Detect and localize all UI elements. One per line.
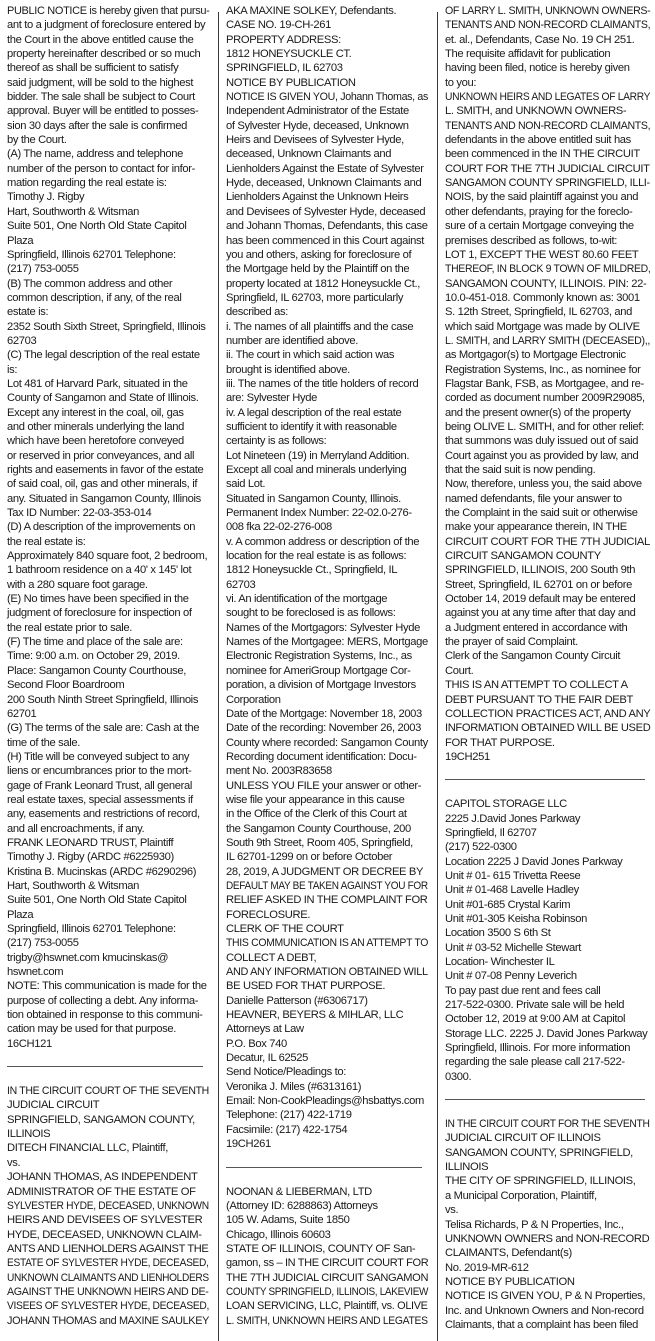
notice-text-line: Unit #01-685 Crystal Karim: [445, 898, 650, 912]
notice-text-line: been commenced in the IN THE CIRCUIT: [445, 147, 650, 161]
notice-text-line: brought is identified above.: [226, 363, 428, 377]
notice-text-line: VISEES OF SYLVESTER HYDE, DECEASED,: [7, 1299, 192, 1313]
notice-text-line: Except all coal and minerals underlying: [226, 463, 428, 477]
notice-text-line: Heirs and Devisees of Sylvester Hyde,: [226, 133, 428, 147]
notice-text-line: To pay past due rent and fees call: [445, 984, 650, 998]
notice-text-line: Claimants, that a complaint has been fil…: [445, 1318, 650, 1332]
notice-text-line: hswnet.com: [7, 965, 209, 979]
column-3: OF LARRY L. SMITH, UNKNOWN OWNERS-TENANT…: [445, 4, 650, 1341]
notice-text-line: by the Court.: [7, 133, 209, 147]
notice-text-line: approval. Buyer will be entitled to poss…: [7, 104, 209, 118]
notice-text-line: October 12, 2019 at 9:00 AM at Capitol: [445, 1012, 650, 1026]
notice-text-line: THEREOF, IN BLOCK 9 TOWN OF MILDRED,: [445, 262, 637, 276]
notice-text-line: or reserved in prior conveyances, and al…: [7, 449, 209, 463]
notice-text-line: SANGAMON COUNTY SPRINGFIELD, ILLI-: [445, 176, 645, 190]
notice-text-line: Registration Systems, Inc., as nominee f…: [445, 363, 650, 377]
notice-text-line: are: Sylvester Hyde: [226, 391, 428, 405]
notice-text-line: AKA MAXINE SOLKEY, Defendants.: [226, 4, 428, 18]
notice-text-line: is:: [7, 363, 209, 377]
notice-text-line: L. SMITH, UNKNOWN HEIRS AND LEGATES: [226, 1314, 413, 1328]
notice-text-line: Independent Administrator of the Estate: [226, 104, 428, 118]
notice-text-line: October 14, 2019 default may be entered: [445, 592, 650, 606]
notice-text-line: having been filed, notice is hereby give…: [445, 61, 650, 75]
notice-text-line: TENANTS AND NON-RECORD CLAIMANTS,: [445, 18, 639, 32]
notice-text-line: AND ANY INFORMATION OBTAINED WILL: [226, 965, 423, 979]
notice-text-line: JUDICIAL CIRCUIT OF ILLINOIS: [445, 1131, 650, 1145]
notice-text-line: nominee for AmeriGroup Mortgage Cor-: [226, 664, 428, 678]
notice-text-line: Inc. and Unknown Owners and Non-record: [445, 1304, 650, 1318]
notice-text-line: UNKNOWN OWNERS and NON-RECORD: [445, 1232, 650, 1246]
notice-text-line: County where recorded: Sangamon County: [226, 736, 428, 750]
notice-text-line: property hereinafter described or so muc…: [7, 47, 209, 61]
notice-text-line: Suite 501, One North Old State Capitol: [7, 219, 209, 233]
notice-text-line: against you at any time after that day a…: [445, 606, 650, 620]
notice-text-line: Unit # 01-468 Lavelle Hadley: [445, 883, 650, 897]
notice-text-line: the real estate prior to sale.: [7, 621, 209, 635]
notice-text-line: as Mortgagor(s) to Mortgage Electronic: [445, 348, 650, 362]
notice-text-line: Date of the Mortgage: November 18, 2003: [226, 707, 428, 721]
notice-text-line: Permanent Index Number: 22-02.0-276-: [226, 506, 428, 520]
notice-text-line: NOTICE BY PUBLICATION: [226, 76, 428, 90]
notice-text-line: 2352 South Sixth Street, Springfield, Il…: [7, 320, 209, 334]
notice-text-line: any, easements and restrictions of recor…: [7, 807, 209, 821]
notice-text-line: Date of the recording: November 26, 2003: [226, 721, 428, 735]
notice-text-line: LOT 1, EXCEPT THE WEST 80.60 FEET: [445, 248, 650, 262]
notice-text-line: Springfield, IL 62703, more particularly: [226, 291, 428, 305]
legal-notice: OF LARRY L. SMITH, UNKNOWN OWNERS-TENANT…: [445, 4, 650, 764]
notice-text-line: a Municipal Corporation, Plaintiff,: [445, 1189, 650, 1203]
notice-text-line: CAPITOL STORAGE LLC: [445, 797, 650, 811]
notice-text-line: Storage LLC. 2225 J. David Jones Parkway: [445, 1027, 650, 1041]
notice-text-line: S. 12th Street, Springfield, IL 62703, a…: [445, 305, 650, 319]
notice-separator-rule: [445, 1099, 645, 1100]
notice-text-line: make your appearance therein, IN THE: [445, 520, 650, 534]
notice-text-line: HYDE, DECEASED, UNKNOWN CLAIM-: [7, 1228, 209, 1242]
notice-text-line: and all encroachments, if any.: [7, 822, 209, 836]
notice-text-line: NOTE: This communication is made for the: [7, 979, 209, 993]
notice-text-line: Except any interest in the coal, oil, ga…: [7, 406, 209, 420]
notice-text-line: of Sylvester Hyde, deceased, Unknown: [226, 119, 428, 133]
notice-text-line: Suite 501, One North Old State Capitol: [7, 893, 209, 907]
notice-text-line: FORECLOSURE.: [226, 908, 428, 922]
notice-text-line: NOTICE BY PUBLICATION: [445, 1275, 650, 1289]
notice-text-line: corded as document number 2009R29085,: [445, 391, 650, 405]
notice-text-line: Timothy J. Rigby (ARDC #6225930): [7, 850, 209, 864]
notice-text-line: HEIRS AND DEVISEES OF SYLVESTER: [7, 1213, 209, 1227]
notice-text-line: mation regarding the real estate is:: [7, 176, 209, 190]
notice-text-line: Location 2225 J David Jones Parkway: [445, 855, 650, 869]
notice-text-line: Hart, Southworth & Witsman: [7, 879, 209, 893]
notice-text-line: Unit #01-305 Keisha Robinson: [445, 912, 650, 926]
notice-text-line: 10.0-451-018. Commonly known as: 3001: [445, 291, 650, 305]
notice-text-line: NOTICE IS GIVEN YOU, P & N Properties,: [445, 1289, 650, 1303]
notice-text-line: v. A common address or description of th…: [226, 535, 428, 549]
notice-text-line: SANGAMON COUNTY, SPRINGFIELD,: [445, 1146, 650, 1160]
notice-text-line: UNLESS YOU FILE your answer or other-: [226, 779, 428, 793]
notice-text-line: DEFAULT MAY BE TAKEN AGAINST YOU FOR: [226, 879, 407, 893]
notice-text-line: ant to a judgment of foreclosure entered…: [7, 18, 209, 32]
notice-text-line: number of the person to contact for info…: [7, 162, 209, 176]
notice-text-line: a Judgment entered in accordance with: [445, 621, 650, 635]
column-2: AKA MAXINE SOLKEY, Defendants.CASE NO. 1…: [226, 4, 428, 1341]
notice-text-line: UNKNOWN HEIRS AND LEGATES OF LARRY: [445, 90, 633, 104]
notice-text-line: COLLECTION PRACTICES ACT, AND ANY: [445, 707, 650, 721]
notice-text-line: (C) The legal description of the real es…: [7, 348, 209, 362]
column-divider: [218, 12, 219, 1341]
notice-text-line: PUBLIC NOTICE is hereby given that pursu…: [7, 4, 205, 18]
notice-text-line: Tax ID Number: 22-03-353-014: [7, 506, 209, 520]
column-1: PUBLIC NOTICE is hereby given that pursu…: [7, 4, 209, 1341]
notice-text-line: IN THE CIRCUIT COURT FOR THE SEVENTH: [445, 1117, 633, 1131]
notice-text-line: (D) A description of the improvements on: [7, 520, 209, 534]
notice-text-line: Springfield, Illinois. For more informat…: [445, 1041, 650, 1055]
notice-text-line: which have been heretofore conveyed: [7, 434, 209, 448]
notice-text-line: SYLVESTER HYDE, DECEASED, UNKNOWN: [7, 1199, 192, 1213]
notice-text-line: named defendants, file your answer to: [445, 492, 650, 506]
notice-text-line: iv. A legal description of the real esta…: [226, 406, 428, 420]
notice-text-line: (B) The common address and other: [7, 277, 209, 291]
notice-text-line: vs.: [7, 1156, 209, 1170]
notice-text-line: 62703: [7, 334, 209, 348]
notice-text-line: THIS COMMUNICATION IS AN ATTEMPT TO: [226, 936, 415, 950]
notice-text-line: real estate taxes, special assessments i…: [7, 793, 209, 807]
notice-text-line: Clerk of the Sangamon County Circuit: [445, 649, 650, 663]
notice-text-line: 19CH251: [445, 750, 650, 764]
notice-text-line: Location 3500 S 6th St: [445, 926, 650, 940]
notice-text-line: Danielle Patterson (#6306717): [226, 994, 428, 1008]
legal-notice: PUBLIC NOTICE is hereby given that pursu…: [7, 4, 209, 1051]
notice-text-line: and Johann Thomas, Defendants, this case: [226, 219, 428, 233]
notice-text-line: FRANK LEONARD TRUST, Plaintiff: [7, 836, 209, 850]
notice-text-line: South 9th Street, Room 405, Springfield,: [226, 836, 428, 850]
notice-text-line: trigby@hswnet.com kmucinskas@: [7, 951, 209, 965]
notice-text-line: and the present owner(s) of the property: [445, 406, 650, 420]
notice-text-line: Plaza: [7, 908, 209, 922]
notice-text-line: JUDICIAL CIRCUIT: [7, 1098, 209, 1112]
notice-text-line: of said coal, oil, gas and other mineral…: [7, 477, 209, 491]
notice-text-line: L. SMITH, and LARRY SMITH (DECEASED),,: [445, 334, 640, 348]
notice-text-line: purpose of collecting a debt. Any inform…: [7, 994, 209, 1008]
notice-text-line: Unit # 01- 615 Trivetta Reese: [445, 869, 650, 883]
legal-notice: IN THE CIRCUIT COURT OF THE SEVENTHJUDIC…: [7, 1084, 209, 1328]
notice-text-line: sure of a certain Mortgage conveying the: [445, 219, 650, 233]
notice-text-line: Timothy J. Rigby: [7, 190, 209, 204]
notice-text-line: the prayer of said Complaint.: [445, 635, 650, 649]
notice-text-line: Approximately 840 square foot, 2 bedroom…: [7, 549, 209, 563]
notice-text-line: CASE NO. 19-CH-261: [226, 18, 428, 32]
notice-text-line: Kristina B. Mucinskas (ARDC #6290296): [7, 865, 209, 879]
notice-text-line: Place: Sangamon County Courthouse,: [7, 664, 209, 678]
notice-text-line: 200 South Ninth Street Springfield, Illi…: [7, 693, 209, 707]
notice-text-line: Situated in Sangamon County, Illinois.: [226, 492, 428, 506]
notice-text-line: 1812 Honeysuckle Ct., Springfield, IL: [226, 563, 428, 577]
notice-text-line: ADMINISTRATOR OF THE ESTATE OF: [7, 1185, 209, 1199]
notice-text-line: STATE OF ILLINOIS, COUNTY OF San-: [226, 1242, 428, 1256]
notice-text-line: with a 280 square foot garage.: [7, 578, 209, 592]
notice-text-line: liens or encumbrances prior to the mort-: [7, 764, 209, 778]
notice-text-line: NOTICE IS GIVEN YOU, Johann Thomas, as: [226, 90, 419, 104]
legal-notices-page: PUBLIC NOTICE is hereby given that pursu…: [0, 0, 655, 1341]
notice-text-line: Names of the Mortgagors: Sylvester Hyde: [226, 621, 428, 635]
notice-text-line: 16CH121: [7, 1037, 209, 1051]
notice-text-line: judgment of foreclosure for inspection o…: [7, 606, 209, 620]
notice-text-line: you and others, asking for foreclosure o…: [226, 248, 428, 262]
notice-text-line: gamon, ss – IN THE CIRCUIT COURT FOR: [226, 1256, 425, 1270]
notice-text-line: (Attorney ID: 6288863) Attorneys: [226, 1199, 428, 1213]
notice-text-line: any. Situated in Sangamon County, Illino…: [7, 492, 209, 506]
notice-text-line: Lienholders Against the Estate of Sylves…: [226, 162, 428, 176]
notice-text-line: which said Mortgage was made by OLIVE: [445, 320, 650, 334]
notice-text-line: vs.: [445, 1203, 650, 1217]
notice-text-line: SPRINGFIELD, ILLINOIS, 200 South 9th: [445, 563, 650, 577]
notice-text-line: being OLIVE L. SMITH, and for other reli…: [445, 420, 650, 434]
notice-text-line: estate is:: [7, 305, 209, 319]
notice-text-line: the Complaint in the said suit or otherw…: [445, 506, 650, 520]
notice-text-line: COURT FOR THE 7TH JUDICIAL CIRCUIT: [445, 162, 650, 176]
notice-text-line: said judgment, will be sold to the highe…: [7, 76, 209, 90]
notice-text-line: NOONAN & LIEBERMAN, LTD: [226, 1185, 428, 1199]
notice-text-line: Attorneys at Law: [226, 1022, 428, 1036]
notice-text-line: AGAINST THE UNKNOWN HEIRS AND DE-: [7, 1285, 200, 1299]
legal-notice: CAPITOL STORAGE LLC2225 J.David Jones Pa…: [445, 797, 650, 1084]
notice-text-line: JOHANN THOMAS and MAXINE SAULKEY: [7, 1314, 203, 1328]
notice-text-line: Unit # 03-52 Michelle Stewart: [445, 941, 650, 955]
notice-text-line: BE USED FOR THAT PURPOSE.: [226, 979, 428, 993]
notice-text-line: Now, therefore, unless you, the said abo…: [445, 477, 650, 491]
notice-text-line: et. al., Defendants, Case No. 19 CH 251.: [445, 33, 650, 47]
notice-text-line: sought to be foreclosed is as follows:: [226, 606, 428, 620]
notice-text-line: ILLINOIS: [7, 1127, 209, 1141]
notice-text-line: wise file your appearance in this cause: [226, 793, 428, 807]
notice-text-line: other defendants, praying for the forecl…: [445, 205, 650, 219]
notice-text-line: COUNTY SPRINGFIELD, ILLINOIS, LAKEVIEW: [226, 1285, 406, 1299]
notice-text-line: NOIS, by the said plaintiff against you …: [445, 190, 650, 204]
notice-text-line: PROPERTY ADDRESS:: [226, 33, 428, 47]
column-divider: [437, 12, 438, 1341]
notice-text-line: the Mortgage held by the Plaintiff on th…: [226, 262, 428, 276]
notice-text-line: common description, if any, of the real: [7, 291, 209, 305]
notice-text-line: 62701: [7, 707, 209, 721]
notice-text-line: Lot 481 of Harvard Park, situated in the: [7, 377, 209, 391]
notice-text-line: Unit # 07-08 Penny Leverich: [445, 969, 650, 983]
legal-notice: IN THE CIRCUIT COURT FOR THE SEVENTHJUDI…: [445, 1117, 650, 1332]
notice-text-line: (F) The time and place of the sale are:: [7, 635, 209, 649]
notice-text-line: SPRINGFIELD, SANGAMON COUNTY,: [7, 1113, 209, 1127]
notice-separator-rule: [7, 1066, 203, 1067]
notice-text-line: ILLINOIS: [445, 1160, 650, 1174]
notice-text-line: L. SMITH, and UNKNOWN OWNERS-: [445, 104, 650, 118]
notice-text-line: IL 62701-1299 on or before October: [226, 850, 428, 864]
notice-text-line: INFORMATION OBTAINED WILL BE USED: [445, 721, 649, 735]
notice-text-line: 1812 HONEYSUCKLE CT.: [226, 47, 428, 61]
notice-text-line: Court against you as provided by law, an…: [445, 449, 650, 463]
notice-text-line: (217) 522-0300: [445, 840, 650, 854]
notice-text-line: The requisite affidavit for publication: [445, 47, 650, 61]
notice-text-line: CIRCUIT COURT FOR THE 7TH JUDICIAL: [445, 535, 650, 549]
notice-text-line: iii. The names of the title holders of r…: [226, 377, 428, 391]
notice-text-line: Names of the Mortgagee: MERS, Mortgage: [226, 635, 428, 649]
notice-text-line: Plaza: [7, 234, 209, 248]
notice-text-line: bidder. The sale shall be subject to Cou…: [7, 90, 209, 104]
notice-text-line: time of the sale.: [7, 736, 209, 750]
notice-text-line: OF LARRY L. SMITH, UNKNOWN OWNERS-: [445, 4, 640, 18]
notice-text-line: Telisa Richards, P & N Properties, Inc.,: [445, 1218, 650, 1232]
notice-text-line: that summons was duly issued out of said: [445, 434, 650, 448]
notice-text-line: ANTS AND LIENHOLDERS AGAINST THE: [7, 1242, 207, 1256]
notice-text-line: Time: 9:00 a.m. on October 29, 2019.: [7, 649, 209, 663]
notice-text-line: tion obtained in response to this commun…: [7, 1008, 209, 1022]
notice-text-line: 217-522-0300. Private sale will be held: [445, 998, 650, 1012]
notice-text-line: (H) Title will be conveyed subject to an…: [7, 750, 209, 764]
notice-text-line: said Lot.: [226, 477, 428, 491]
notice-text-line: Electronic Registration Systems, Inc., a…: [226, 649, 428, 663]
notice-text-line: Facsimile: (217) 422-1754: [226, 1123, 428, 1137]
notice-text-line: Hyde, deceased, Unknown Claimants and: [226, 176, 428, 190]
notice-text-line: FOR THAT PURPOSE.: [445, 736, 650, 750]
notice-text-line: deceased, Unknown Claimants and: [226, 147, 428, 161]
notice-text-line: IN THE CIRCUIT COURT OF THE SEVENTH: [7, 1084, 197, 1098]
notice-text-line: in the Office of the Clerk of this Court…: [226, 807, 428, 821]
notice-text-line: Lot Nineteen (19) in Merryland Addition.: [226, 449, 428, 463]
legal-notice: AKA MAXINE SOLKEY, Defendants.CASE NO. 1…: [226, 4, 428, 1152]
notice-text-line: and Devisees of Sylvester Hyde, deceased: [226, 205, 428, 219]
notice-text-line: Veronika J. Miles (#6313161): [226, 1080, 428, 1094]
notice-text-line: certainty is as follows:: [226, 434, 428, 448]
notice-text-line: to you:: [445, 76, 650, 90]
notice-text-line: HEAVNER, BEYERS & MIHLAR, LLC: [226, 1008, 428, 1022]
notice-text-line: the real estate is:: [7, 535, 209, 549]
notice-text-line: poration, a division of Mortgage Investo…: [226, 678, 428, 692]
notice-text-line: ESTATE OF SYLVESTER HYDE, DECEASED,: [7, 1256, 191, 1270]
notice-text-line: thereof as shall be sufficient to satisf…: [7, 61, 209, 75]
notice-text-line: the Court in the above entitled cause th…: [7, 33, 209, 47]
notice-text-line: CLERK OF THE COURT: [226, 922, 428, 936]
notice-text-line: Recording document identification: Docu-: [226, 750, 428, 764]
notice-text-line: that the said suit is now pending.: [445, 463, 650, 477]
notice-text-line: gage of Frank Leonard Trust, all general: [7, 779, 209, 793]
notice-text-line: number are identified above.: [226, 334, 428, 348]
notice-text-line: Springfield, Il 62707: [445, 826, 650, 840]
notice-text-line: (217) 753-0055: [7, 936, 209, 950]
notice-text-line: County of Sangamon and State of Illinois…: [7, 391, 209, 405]
notice-text-line: cation may be used for that purpose.: [7, 1022, 209, 1036]
notice-text-line: and other minerals underlying the land: [7, 420, 209, 434]
notice-text-line: Street, Springfield, IL 62701 on or befo…: [445, 578, 650, 592]
notice-text-line: Springfield, Illinois 62701 Telephone:: [7, 922, 209, 936]
notice-text-line: 62703: [226, 578, 428, 592]
notice-text-line: Email: Non-CookPleadings@hsbattys.com: [226, 1094, 428, 1108]
notice-text-line: Second Floor Boardroom: [7, 678, 209, 692]
notice-text-line: TENANTS AND NON-RECORD CLAIMANTS,: [445, 119, 639, 133]
notice-text-line: property located at 1812 Honeysuckle Ct.…: [226, 277, 428, 291]
notice-text-line: Send Notice/Pleadings to:: [226, 1065, 428, 1079]
notice-text-line: 28, 2019, A JUDGMENT OR DECREE BY: [226, 865, 428, 879]
notice-text-line: Court.: [445, 664, 650, 678]
notice-text-line: CLAIMANTS, Defendant(s): [445, 1246, 650, 1260]
notice-text-line: DITECH FINANCIAL LLC, Plaintiff,: [7, 1141, 209, 1155]
notice-text-line: described as:: [226, 305, 428, 319]
notice-text-line: SPRINGFIELD, IL 62703: [226, 61, 428, 75]
notice-text-line: 1 bathroom residence on a 40' x 145' lot: [7, 563, 209, 577]
notice-text-line: rights and easements in favor of the est…: [7, 463, 209, 477]
notice-text-line: UNKNOWN CLAIMANTS AND LIENHOLDERS: [7, 1271, 190, 1285]
notice-text-line: location for the real estate is as follo…: [226, 549, 428, 563]
notice-text-line: Lienholders Against the Unknown Heirs: [226, 190, 428, 204]
notice-text-line: Telephone: (217) 422-1719: [226, 1108, 428, 1122]
notice-text-line: THE CITY OF SPRINGFIELD, ILLINOIS,: [445, 1174, 650, 1188]
notice-text-line: has been commenced in this Court against: [226, 234, 428, 248]
notice-text-line: P.O. Box 740: [226, 1037, 428, 1051]
notice-text-line: the Sangamon County Courthouse, 200: [226, 822, 428, 836]
notice-text-line: (217) 753-0055: [7, 262, 209, 276]
notice-text-line: JOHANN THOMAS, AS INDEPENDENT: [7, 1170, 209, 1184]
notice-text-line: COLLECT A DEBT,: [226, 951, 428, 965]
notice-text-line: Chicago, Illinois 60603: [226, 1228, 428, 1242]
notice-text-line: (A) The name, address and telephone: [7, 147, 209, 161]
notice-text-line: 2225 J.David Jones Parkway: [445, 812, 650, 826]
notice-text-line: 19CH261: [226, 1137, 428, 1151]
notice-text-line: premises described as follows, to-wit:: [445, 234, 650, 248]
notice-text-line: THE 7TH JUDICIAL CIRCUIT SANGAMON: [226, 1271, 426, 1285]
notice-text-line: ii. The court in which said action was: [226, 348, 428, 362]
notice-text-line: sufficient to identify it with reasonabl…: [226, 420, 428, 434]
notice-text-line: 0300.: [445, 1070, 650, 1084]
legal-notice: NOONAN & LIEBERMAN, LTD(Attorney ID: 628…: [226, 1185, 428, 1328]
notice-text-line: ment No. 2003R83658: [226, 764, 428, 778]
notice-text-line: CIRCUIT SANGAMON COUNTY: [445, 549, 650, 563]
notice-text-line: 105 W. Adams, Suite 1850: [226, 1213, 428, 1227]
notice-separator-rule: [445, 779, 645, 780]
notice-text-line: Hart, Southworth & Witsman: [7, 205, 209, 219]
notice-text-line: No. 2019-MR-612: [445, 1261, 650, 1275]
notice-text-line: Springfield, Illinois 62701 Telephone:: [7, 248, 209, 262]
notice-separator-rule: [226, 1167, 422, 1168]
notice-text-line: SANGAMON COUNTY, ILLINOIS. PIN: 22-: [445, 277, 650, 291]
notice-text-line: i. The names of all plaintiffs and the c…: [226, 320, 428, 334]
notice-text-line: RELIEF ASKED IN THE COMPLAINT FOR: [226, 893, 427, 907]
notice-text-line: vi. An identification of the mortgage: [226, 592, 428, 606]
notice-text-line: Flagstar Bank, FSB, as Mortgagee, and re…: [445, 377, 650, 391]
notice-text-line: defendants in the above entitled suit ha…: [445, 133, 650, 147]
notice-text-line: 008 fka 22-02-276-008: [226, 520, 428, 534]
notice-text-line: regarding the sale please call 217-522-: [445, 1055, 650, 1069]
notice-text-line: Corporation: [226, 693, 428, 707]
notice-text-line: Location- Winchester IL: [445, 955, 650, 969]
notice-text-line: (E) No times have been specified in the: [7, 592, 209, 606]
notice-text-line: sion 30 days after the sale is confirmed: [7, 119, 209, 133]
notice-text-line: LOAN SERVICING, LLC, Plaintiff, vs. OLIV…: [226, 1299, 423, 1313]
notice-text-line: THIS IS AN ATTEMPT TO COLLECT A: [445, 678, 650, 692]
notice-text-line: DEBT PURSUANT TO THE FAIR DEBT: [445, 693, 650, 707]
notice-text-line: Decatur, IL 62525: [226, 1051, 428, 1065]
notice-text-line: (G) The terms of the sale are: Cash at t…: [7, 721, 209, 735]
